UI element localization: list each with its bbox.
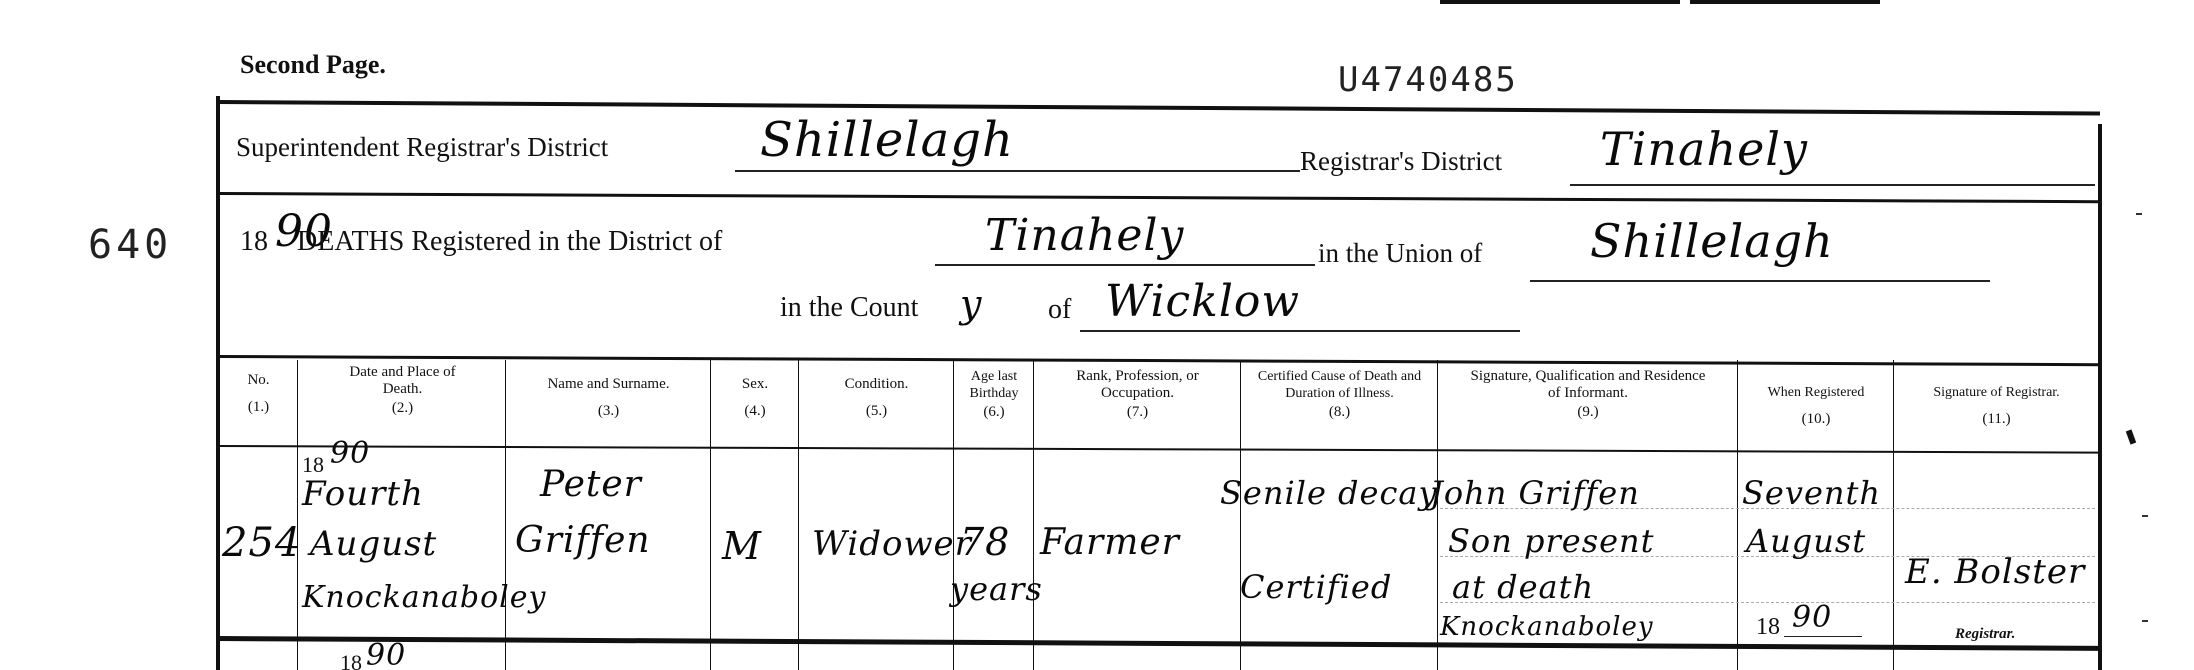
column-header-when-registered: When Registered (10.) bbox=[1739, 384, 1893, 428]
column-header-number: (1.) bbox=[220, 399, 297, 416]
column-header-label: No. bbox=[247, 372, 269, 388]
top-edge-rule bbox=[1440, 0, 1680, 4]
column-header-label: Name and Surname. bbox=[547, 376, 669, 392]
condition-value: Widower bbox=[812, 524, 972, 564]
column-header-cause: Certified Cause of Death and Duration of… bbox=[1242, 368, 1437, 421]
frame-top-rule bbox=[218, 100, 2100, 115]
col-divider bbox=[505, 360, 506, 670]
superintendent-district-value: Shillelagh bbox=[760, 112, 1014, 168]
informant-name: John Griffen bbox=[1430, 474, 1640, 512]
column-header-number: (10.) bbox=[1739, 411, 1893, 428]
death-date-month: August bbox=[310, 524, 437, 564]
age-value: 78 bbox=[960, 520, 1010, 564]
column-header-number: (7.) bbox=[1035, 404, 1240, 421]
column-header-date-place: Date and Place of Death. (2.) bbox=[300, 364, 505, 417]
registrar-district-label: Registrar's District bbox=[1300, 146, 1502, 177]
column-header-label: Condition. bbox=[845, 376, 909, 392]
column-header-informant: Signature, Qualification and Residence o… bbox=[1439, 368, 1737, 421]
certification-status: Certified bbox=[1240, 568, 1392, 606]
column-header-label: Certified Cause of Death and Duration of… bbox=[1242, 368, 1437, 402]
column-header-name: Name and Surname. (3.) bbox=[507, 376, 710, 420]
col-divider bbox=[297, 360, 298, 670]
county-label: in the Count bbox=[780, 292, 918, 324]
registrar-district-value: Tinahely bbox=[1600, 122, 1808, 176]
col-divider bbox=[1240, 360, 1241, 670]
margin-mark bbox=[2142, 515, 2148, 517]
registrar-title: Registrar. bbox=[1955, 626, 2015, 643]
informant-qualification: Son present bbox=[1448, 522, 1655, 560]
column-header-number: (4.) bbox=[712, 403, 798, 420]
column-header-condition: Condition. (5.) bbox=[800, 376, 953, 420]
column-header-occupation: Rank, Profession, or Occupation. (7.) bbox=[1035, 368, 1240, 421]
county-value: Wicklow bbox=[1105, 276, 1300, 327]
registrar-signature: E. Bolster bbox=[1905, 552, 2085, 592]
col-divider bbox=[798, 360, 799, 670]
deceased-surname: Griffen bbox=[515, 520, 651, 561]
col-divider bbox=[710, 360, 711, 670]
column-header-number: (3.) bbox=[507, 403, 710, 420]
column-header-no: No. (1.) bbox=[220, 372, 297, 416]
col-divider bbox=[1737, 360, 1738, 670]
date-year-value: 90 bbox=[366, 638, 406, 670]
column-header-number: (11.) bbox=[1895, 411, 2098, 428]
margin-mark bbox=[2136, 213, 2142, 215]
column-header-bottom-rule bbox=[218, 445, 2100, 454]
union-label: in the Union of bbox=[1318, 238, 1482, 269]
col-divider bbox=[1033, 360, 1034, 670]
informant-qualification-cont: at death bbox=[1452, 568, 1594, 606]
column-header-number: (8.) bbox=[1242, 404, 1437, 421]
row-divider-rule bbox=[218, 636, 2100, 651]
col-divider bbox=[1893, 360, 1894, 670]
death-place: Knockanaboley bbox=[302, 580, 546, 615]
informant-residence: Knockanaboley bbox=[1440, 612, 1654, 642]
column-header-label: Signature, Qualification and Residence o… bbox=[1439, 368, 1737, 402]
date-year-value: 90 bbox=[330, 436, 370, 471]
column-header-label: When Registered bbox=[1768, 385, 1865, 400]
county-of-label: of bbox=[1048, 294, 1071, 326]
year-prefix: 18 bbox=[240, 226, 268, 258]
date-year-prefix: 18 bbox=[340, 650, 362, 670]
deaths-registered-label: DEATHS Registered in the District of bbox=[297, 226, 722, 258]
column-header-number: (9.) bbox=[1439, 404, 1737, 421]
registration-year-value: 90 bbox=[1792, 600, 1832, 635]
column-header-number: (6.) bbox=[955, 404, 1033, 421]
margin-page-number: 640 bbox=[88, 222, 172, 268]
superintendent-district-label: Superintendent Registrar's District bbox=[236, 132, 608, 163]
page-label: Second Page. bbox=[240, 50, 386, 80]
registration-month: August bbox=[1746, 522, 1866, 560]
entry-number: 254 bbox=[222, 520, 301, 566]
margin-mark bbox=[2126, 429, 2136, 444]
col-divider bbox=[953, 360, 954, 670]
header-divider-rule bbox=[218, 192, 2100, 203]
column-header-label: Sex. bbox=[742, 376, 768, 392]
age-unit: years bbox=[950, 570, 1043, 608]
deceased-first-name: Peter bbox=[540, 464, 642, 505]
column-header-label: Rank, Profession, or Occupation. bbox=[1035, 368, 1240, 402]
margin-mark bbox=[2142, 620, 2148, 622]
column-header-number: (5.) bbox=[800, 403, 953, 420]
col-divider bbox=[1437, 360, 1438, 670]
column-header-label: Signature of Registrar. bbox=[1933, 385, 2059, 400]
column-header-sex: Sex. (4.) bbox=[712, 376, 798, 420]
occupation-value: Farmer bbox=[1040, 522, 1180, 563]
district-value: Tinahely bbox=[985, 210, 1184, 261]
county-label-handwritten-y: y bbox=[960, 282, 982, 326]
top-edge-rule bbox=[1690, 0, 1880, 4]
sex-value: M bbox=[722, 524, 762, 568]
frame-right-border bbox=[2098, 124, 2102, 670]
column-header-age: Age last Birthday (6.) bbox=[955, 368, 1033, 421]
cause-of-death: Senile decay bbox=[1220, 474, 1438, 512]
registration-year-prefix: 18 bbox=[1756, 614, 1780, 641]
registration-day: Seventh bbox=[1742, 474, 1881, 512]
death-date-day: Fourth bbox=[302, 474, 424, 514]
column-header-label: Age last Birthday bbox=[955, 368, 1033, 402]
union-value: Shillelagh bbox=[1590, 214, 1834, 268]
serial-number: U4740485 bbox=[1338, 60, 1518, 100]
column-header-label: Date and Place of Death. bbox=[300, 364, 505, 398]
column-header-number: (2.) bbox=[300, 400, 505, 417]
column-header-registrar-signature: Signature of Registrar. (11.) bbox=[1895, 384, 2098, 428]
